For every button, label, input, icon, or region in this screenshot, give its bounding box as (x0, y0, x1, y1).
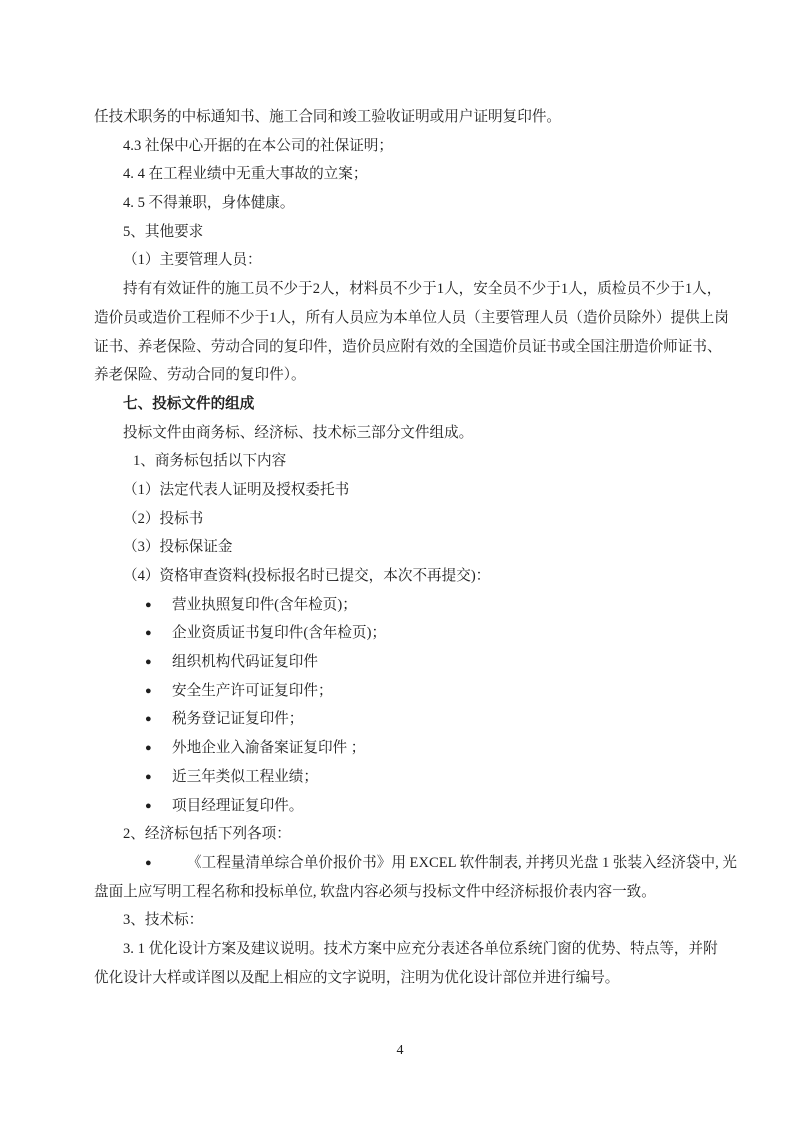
bullet-icon: ● (145, 734, 152, 763)
document-line: ●组织机构代码证复印件 (94, 648, 712, 677)
document-line: 优化设计大样或详图以及配上相应的文字说明，注明为优化设计部位并进行编号。 (94, 964, 712, 993)
document-page: 任技术职务的中标通知书、施工合同和竣工验收证明或用户证明复印件。4.3 社保中心… (0, 0, 800, 1131)
document-line: 盘面上应写明工程名称和投标单位, 软盘内容必须与投标文件中经济标报价表内容一致。 (94, 878, 712, 907)
document-line: 5、其他要求 (94, 218, 712, 247)
bullet-item-text: 安全生产许可证复印件； (172, 677, 333, 706)
document-line: （3）投标保证金 (94, 533, 712, 562)
bullet-item-text: 项目经理证复印件。 (172, 792, 303, 821)
document-line: ●《工程量清单综合单价报价书》用 EXCEL 软件制表, 并拷贝光盘 1 张装入… (94, 849, 712, 878)
section-heading: 七、投标文件的组成 (94, 390, 712, 419)
document-line: 2、经济标包括下列各项： (94, 820, 712, 849)
bullet-icon: ● (145, 705, 152, 734)
document-body: 任技术职务的中标通知书、施工合同和竣工验收证明或用户证明复印件。4.3 社保中心… (94, 103, 712, 992)
document-line: 4. 5 不得兼职，身体健康。 (94, 189, 712, 218)
bullet-item-text: 企业资质证书复印件(含年检页)； (172, 619, 386, 648)
page-number: 4 (0, 1041, 800, 1061)
bullet-item-text: 税务登记证复印件； (172, 705, 303, 734)
bullet-icon: ● (145, 792, 152, 821)
document-line: （2）投标书 (94, 505, 712, 534)
document-line: ●安全生产许可证复印件； (94, 677, 712, 706)
bullet-icon: ● (145, 763, 152, 792)
document-line: ●营业执照复印件(含年检页)； (94, 591, 712, 620)
document-line: 4. 4 在工程业绩中无重大事故的立案； (94, 160, 712, 189)
document-line: 3. 1 优化设计方案及建议说明。技术方案中应充分表述各单位系统门窗的优势、特点… (94, 935, 712, 964)
document-line: 4.3 社保中心开据的在本公司的社保证明； (94, 132, 712, 161)
document-line: 投标文件由商务标、经济标、技术标三部分文件组成。 (94, 419, 712, 448)
bullet-icon: ● (145, 648, 152, 677)
document-line: 任技术职务的中标通知书、施工合同和竣工验收证明或用户证明复印件。 (94, 103, 712, 132)
document-line: 持有有效证件的施工员不少于2人，材料员不少于1人，安全员不少于1人，质检员不少于… (94, 275, 712, 304)
bullet-icon: ● (145, 619, 152, 648)
document-line: ●税务登记证复印件； (94, 705, 712, 734)
document-line: ●企业资质证书复印件(含年检页)； (94, 619, 712, 648)
bullet-icon: ● (145, 677, 152, 706)
bullet-icon: ● (145, 849, 152, 878)
document-line: 养老保险、劳动合同的复印件）。 (94, 361, 712, 390)
bullet-icon: ● (145, 591, 152, 620)
bullet-item-text: 外地企业入渝备案证复印件 ； (172, 734, 365, 763)
document-line: （4）资格审查资料(投标报名时已提交，本次不再提交)： (94, 562, 712, 591)
document-line: （1）主要管理人员： (94, 246, 712, 275)
document-line: 证书、养老保险、劳动合同的复印件，造价员应附有效的全国造价员证书或全国注册造价师… (94, 333, 712, 362)
document-line: 造价员或造价工程师不少于1人，所有人员应为本单位人员（主要管理人员（造价员除外）… (94, 304, 712, 333)
document-line: 3、技术标： (94, 906, 712, 935)
document-line: ●项目经理证复印件。 (94, 792, 712, 821)
document-line: ●外地企业入渝备案证复印件 ； (94, 734, 712, 763)
bullet-item-text: 组织机构代码证复印件 (172, 648, 318, 677)
bullet-item-text: 营业执照复印件(含年检页)； (172, 591, 357, 620)
document-line: ●近三年类似工程业绩； (94, 763, 712, 792)
document-line: 1、商务标包括以下内容 (94, 447, 712, 476)
bullet-item-text: 《工程量清单综合单价报价书》用 EXCEL 软件制表, 并拷贝光盘 1 张装入经… (187, 849, 737, 878)
bullet-item-text: 近三年类似工程业绩； (172, 763, 318, 792)
document-line: （1）法定代表人证明及授权委托书 (94, 476, 712, 505)
